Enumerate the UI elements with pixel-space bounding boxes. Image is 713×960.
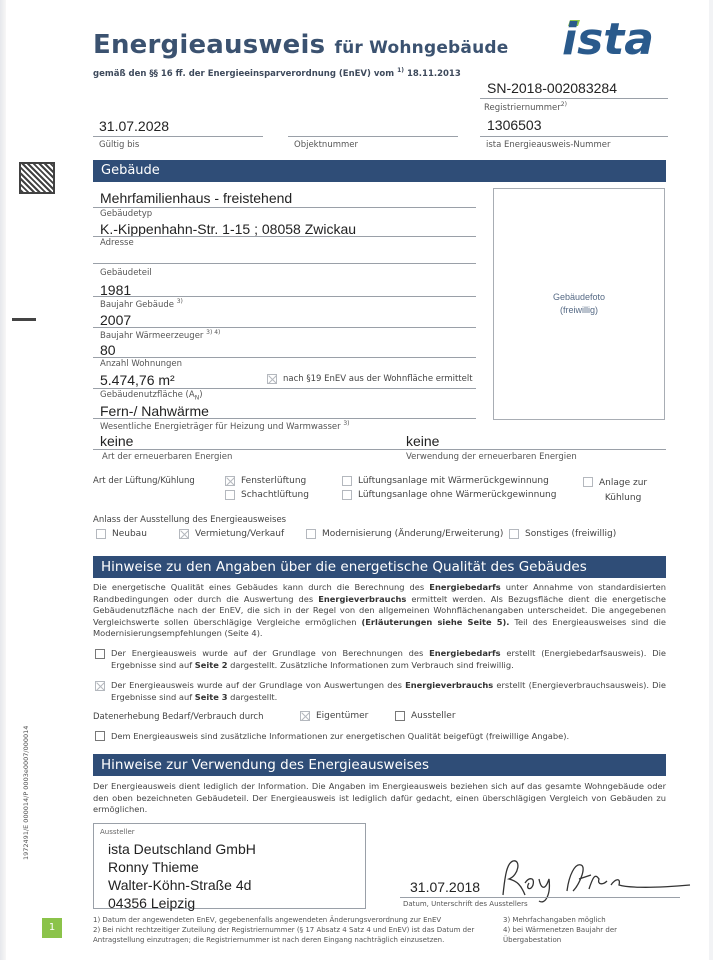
bold-text: Energieverbrauchs	[405, 680, 493, 690]
bold-text: Energieverbrauchs	[318, 594, 406, 604]
anzahl-wohnungen-label: Anzahl Wohnungen	[100, 359, 182, 369]
option-neubau[interactable]: Neubau	[96, 529, 147, 539]
page-edge-right	[709, 0, 713, 960]
gebaeudenutzflaeche-label: Gebäudenutzfläche (AN)	[100, 390, 203, 402]
registriernummer-label: Registriernummer2)	[484, 101, 567, 113]
bold-text: Seite 3	[195, 692, 228, 702]
registriernummer-value: SN-2018-002083284	[487, 80, 617, 96]
bold-text: Energiebedarfs	[429, 648, 500, 658]
gueltig-bis-label: Gültig bis	[99, 140, 139, 150]
baujahr-gebaeude-label: Baujahr Gebäude 3)	[100, 298, 183, 310]
subtitle-date: 18.11.2013	[407, 69, 461, 79]
photo-label-optional: (freiwillig)	[560, 304, 598, 317]
option-label-group: Anlage zur Kühlung	[599, 476, 647, 506]
underline	[93, 418, 476, 419]
gebaeudetyp-label: Gebäudetyp	[100, 209, 152, 219]
label-text: Baujahr Wärmeerzeuger	[100, 331, 203, 341]
subtitle-text: gemäß den §§ 16 ff. der Energieeinsparve…	[93, 69, 394, 79]
underline	[480, 98, 668, 99]
section-gebaeude-header: Gebäude	[93, 160, 666, 182]
option-text: Der Energieausweis wurde auf der Grundla…	[111, 648, 666, 671]
checkbox[interactable]	[225, 476, 235, 486]
ista-nummer-label: ista Energieausweis-Nummer	[486, 140, 610, 150]
aussteller-person: Ronny Thieme	[108, 858, 256, 876]
checkbox[interactable]	[342, 476, 352, 486]
footnotes-right: 3) Mehrfachangaben möglich 4) bei Wärmen…	[503, 915, 617, 945]
checkbox[interactable]	[95, 731, 105, 741]
section-hinweise-verwendung-header: Hinweise zur Verwendung des Energieauswe…	[93, 754, 666, 776]
anlass-label: Anlass der Ausstellung des Energieauswei…	[93, 515, 286, 525]
footnote-2-cont: Antragstellung einzutragen; die Registri…	[93, 935, 474, 945]
qualitaet-paragraph: Die energetische Qualität eines Gebäudes…	[93, 582, 666, 640]
label-text: Baujahr Gebäude	[100, 300, 174, 310]
label-sup: 3) 4)	[206, 329, 220, 336]
footnote-3: 3) Mehrfachangaben möglich	[503, 915, 617, 925]
vertical-document-code: 1972491/E 000014/P 0003e0007/000014	[22, 726, 30, 860]
checkbox[interactable]	[342, 490, 352, 500]
footnote-4: 4) bei Wärmenetzen Baujahr der	[503, 925, 617, 935]
datamatrix-code-icon	[19, 162, 55, 194]
gebaeudenutzflaeche-value: 5.474,76 m²	[100, 372, 175, 388]
label-text: Registriernummer	[484, 103, 561, 113]
option-zusatzinformationen[interactable]: Dem Energieausweis sind zusätzliche Info…	[95, 731, 569, 741]
energietraeger-label: Wesentliche Energieträger für Heizung un…	[100, 420, 349, 432]
aussteller-street: Walter-Köhn-Straße 4d	[108, 876, 256, 894]
signature-label: Datum, Unterschrift des Ausstellers	[403, 900, 528, 908]
erneuerbare-verwendung-value: keine	[406, 433, 439, 449]
footnote-4-cont: Übergabestation	[503, 935, 617, 945]
option-label: Aussteller	[411, 711, 456, 721]
underline	[93, 236, 476, 237]
option-aussteller[interactable]: Aussteller	[395, 711, 456, 721]
underline	[93, 207, 476, 208]
gueltig-bis-value: 31.07.2028	[99, 118, 169, 134]
checkbox[interactable]	[179, 529, 189, 539]
checkbox[interactable]	[96, 529, 106, 539]
bold-text: Energiebedarfs	[429, 582, 500, 592]
option-sonstiges[interactable]: Sonstiges (freiwillig)	[509, 529, 616, 539]
nutzflaeche-checkbox[interactable]	[267, 374, 277, 384]
option-fensterlueftung[interactable]: Fensterlüftung	[225, 476, 306, 486]
text: dargestellt. Zusätzliche Informationen z…	[228, 660, 514, 670]
photo-label: Gebäudefoto	[553, 291, 605, 304]
title-suffix: für Wohngebäude	[335, 38, 509, 58]
option-vermietung-verkauf[interactable]: Vermietung/Verkauf	[179, 529, 284, 539]
erneuerbare-verwendung-label: Verwendung der erneuerbaren Energien	[406, 452, 577, 462]
label-end: )	[199, 390, 202, 400]
option-anlage-kuehlung[interactable]: Anlage zur Kühlung	[583, 476, 647, 506]
document-title: Energieausweis für Wohngebäude	[93, 30, 509, 60]
objektnummer-label: Objektnummer	[294, 140, 358, 150]
checkbox[interactable]	[509, 529, 519, 539]
adresse-value: K.-Kippenhahn-Str. 1-15 ; 08058 Zwickau	[100, 221, 356, 237]
underline	[93, 136, 263, 137]
underline	[93, 357, 476, 358]
ausstellungsdatum: 31.07.2018	[410, 879, 480, 895]
document-subtitle: gemäß den §§ 16 ff. der Energieeinsparve…	[93, 67, 461, 79]
aussteller-box: Aussteller ista Deutschland GmbH Ronny T…	[93, 823, 366, 909]
title-main: Energieausweis	[93, 30, 325, 60]
label-sup: 3)	[343, 420, 349, 427]
ista-nummer-value: 1306503	[487, 117, 542, 133]
checkbox[interactable]	[95, 649, 105, 659]
baujahr-waermeerzeuger-label: Baujahr Wärmeerzeuger 3) 4)	[100, 329, 220, 341]
option-label: Vermietung/Verkauf	[195, 529, 284, 539]
option-label: Sonstiges (freiwillig)	[525, 529, 616, 539]
option-energiebedarf[interactable]: Der Energieausweis wurde auf der Grundla…	[95, 648, 666, 671]
verwendung-paragraph: Der Energieausweis dient lediglich der I…	[93, 781, 666, 816]
gebaeudefoto-box[interactable]: Gebäudefoto (freiwillig)	[493, 188, 665, 420]
underline	[480, 136, 668, 137]
baujahr-waermeerzeuger-value: 2007	[100, 312, 131, 328]
option-label: Modernisierung (Änderung/Erweiterung)	[322, 529, 503, 539]
checkbox-label: nach §19 EnEV aus der Wohnfläche ermitte…	[283, 374, 473, 384]
underline	[93, 388, 476, 389]
checkbox[interactable]	[583, 477, 593, 487]
text: Der Energieausweis wurde auf der Grundla…	[111, 680, 405, 690]
text: Der Energieausweis wurde auf der Grundla…	[111, 648, 429, 658]
underline	[93, 263, 476, 264]
footnotes-left: 1) Datum der angewendeten EnEV, gegebene…	[93, 915, 474, 945]
underline	[93, 449, 666, 450]
aussteller-company: ista Deutschland GmbH	[108, 840, 256, 858]
option-label: Lüftungsanlage mit Wärmerückgewinnung	[358, 476, 549, 486]
fold-mark	[12, 318, 36, 321]
option-energieverbrauch[interactable]: Der Energieausweis wurde auf der Grundla…	[95, 680, 666, 703]
checkbox[interactable]	[225, 490, 235, 500]
option-label: Eigentümer	[316, 711, 368, 721]
bold-text: (Erläuterungen siehe Seite 5).	[361, 617, 509, 627]
erneuerbare-art-value: keine	[100, 433, 133, 449]
option-label: Fensterlüftung	[241, 476, 306, 486]
underline	[93, 327, 476, 328]
option-label: Schachtlüftung	[241, 490, 309, 500]
aussteller-address: ista Deutschland GmbH Ronny Thieme Walte…	[108, 840, 256, 912]
checkbox[interactable]	[306, 529, 316, 539]
label-text: Wesentliche Energieträger für Heizung un…	[100, 422, 341, 432]
signature-line	[400, 897, 680, 898]
gebaeudeteil-label: Gebäudeteil	[100, 268, 152, 278]
page-edge	[0, 0, 6, 960]
bold-text: Seite 2	[195, 660, 228, 670]
option-lueftung-mit-wrg[interactable]: Lüftungsanlage mit Wärmerückgewinnung	[342, 476, 549, 486]
aussteller-city: 04356 Leipzig	[108, 894, 256, 912]
text: Die energetische Qualität eines Gebäudes…	[93, 582, 429, 592]
nutzflaeche-checkbox-option[interactable]: nach §19 EnEV aus der Wohnfläche ermitte…	[267, 374, 473, 384]
underline	[288, 136, 458, 137]
option-label-2: Kühlung	[605, 491, 641, 506]
option-label: Neubau	[112, 529, 147, 539]
svg-text:ista: ista	[562, 14, 654, 58]
option-modernisierung[interactable]: Modernisierung (Änderung/Erweiterung)	[306, 529, 503, 539]
subtitle-sup: 1)	[397, 67, 404, 74]
underline	[93, 296, 476, 297]
label-sup: 2)	[561, 101, 567, 108]
adresse-label: Adresse	[100, 238, 134, 248]
aussteller-label: Aussteller	[100, 828, 135, 836]
section-hinweise-qualitaet-header: Hinweise zu den Angaben über die energet…	[93, 556, 666, 578]
checkbox[interactable]	[300, 711, 310, 721]
energietraeger-value: Fern-/ Nahwärme	[100, 403, 209, 419]
option-text: Der Energieausweis wurde auf der Grundla…	[111, 680, 666, 703]
label-text: Gebäudenutzfläche (A	[100, 390, 195, 400]
option-label: Anlage zur	[599, 476, 647, 491]
gebaeudetyp-value: Mehrfamilienhaus - freistehend	[100, 190, 292, 206]
option-label: Lüftungsanlage ohne Wärmerückgewinnung	[358, 490, 556, 500]
erneuerbare-art-label: Art der erneuerbaren Energien	[102, 452, 232, 462]
ista-logo-icon: ista	[560, 8, 670, 58]
option-lueftung-ohne-wrg[interactable]: Lüftungsanlage ohne Wärmerückgewinnung	[342, 490, 556, 500]
text: dargestellt.	[228, 692, 278, 702]
option-eigentuemer[interactable]: Eigentümer	[300, 711, 368, 721]
checkbox[interactable]	[95, 681, 105, 691]
lueftung-label: Art der Lüftung/Kühlung	[93, 476, 195, 486]
label-sup: 3)	[177, 298, 183, 305]
anzahl-wohnungen-value: 80	[100, 342, 116, 358]
option-label: Dem Energieausweis sind zusätzliche Info…	[111, 731, 569, 741]
datenerhebung-label: Datenerhebung Bedarf/Verbrauch durch	[93, 712, 263, 722]
checkbox[interactable]	[395, 711, 405, 721]
page-number-badge: 1	[42, 918, 62, 938]
footnote-2: 2) Bei nicht rechtzeitiger Zuteilung der…	[93, 925, 474, 935]
footnote-1: 1) Datum der angewendeten EnEV, gegebene…	[93, 915, 474, 925]
option-schachtlueftung[interactable]: Schachtlüftung	[225, 490, 309, 500]
